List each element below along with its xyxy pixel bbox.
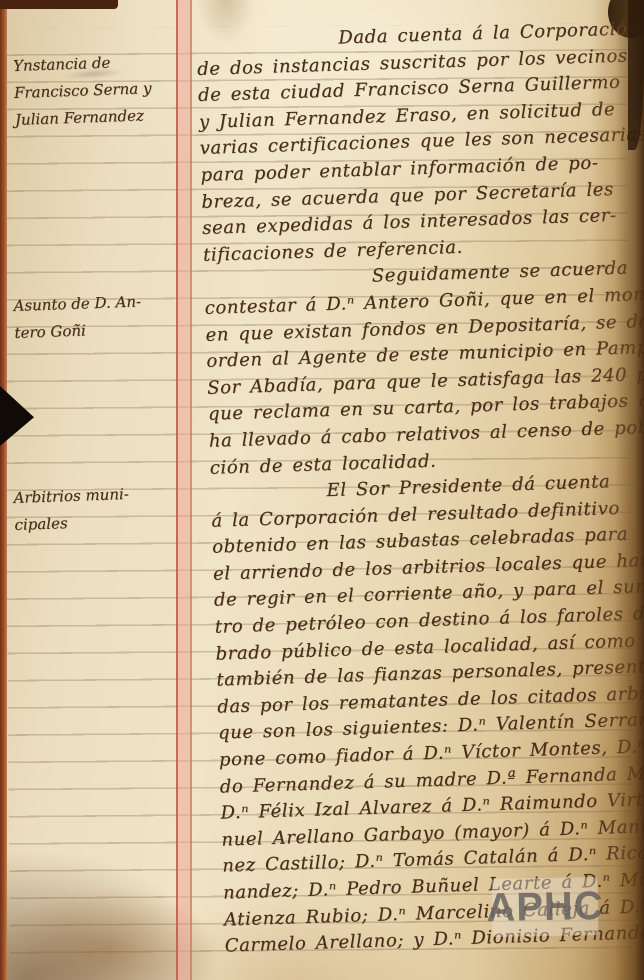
archive-watermark: APHC — [492, 877, 599, 937]
margin-notes-column: Ynstancia deFrancisco Serna yJulian Fern… — [14, 0, 182, 980]
margin-note-line: cipales — [14, 506, 183, 539]
margin-note-instancia: Ynstancia deFrancisco Serna yJulian Fern… — [13, 47, 184, 134]
margin-note-line: tero Goñi — [14, 314, 183, 347]
main-text-column: Dada cuenta á la Corporaciónde dos insta… — [196, 15, 644, 960]
margin-note-asunto-goni: Asunto de D. An-tero Goñi — [13, 287, 183, 347]
binding-edge — [0, 0, 7, 980]
margin-note-line: Julian Fernandez — [15, 101, 184, 134]
manuscript-page: Ynstancia deFrancisco Serna yJulian Fern… — [0, 0, 644, 980]
paragraph-antero-goni: Seguidamente se acuerdacontestar á D.ⁿ A… — [204, 254, 644, 482]
margin-note-arbitrios: Arbitrios muni-cipales — [13, 479, 183, 539]
paragraph-certificaciones: Dada cuenta á la Corporaciónde dos insta… — [196, 15, 644, 269]
